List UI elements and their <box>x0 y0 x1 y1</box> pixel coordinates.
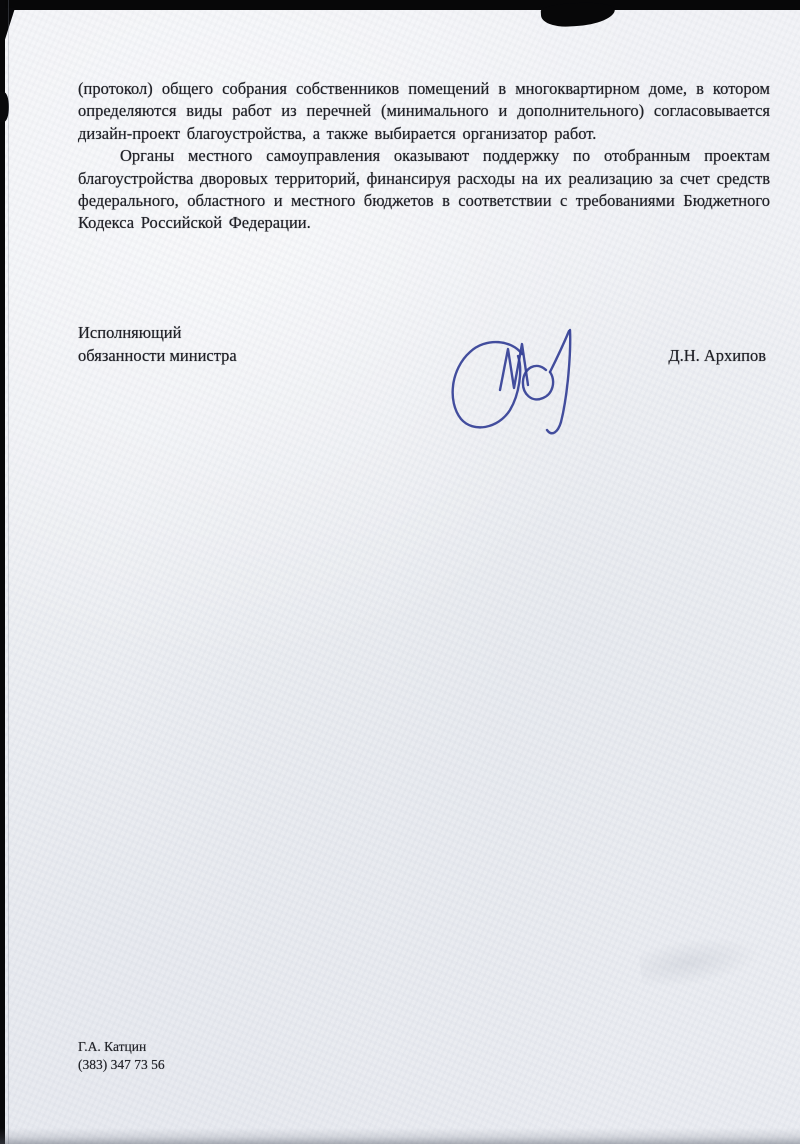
signature-ink <box>440 318 585 443</box>
paragraph-continuation: (протокол) общего собрания собственников… <box>78 78 770 145</box>
signer-name: Д.Н. Архипов <box>668 346 766 366</box>
scan-edge-left <box>0 0 5 1144</box>
pencil-smudge <box>637 930 762 992</box>
signer-title-line2: обязанности министра <box>78 345 237 368</box>
scanned-document-page: (протокол) общего собрания собственников… <box>0 0 800 1144</box>
executor-name: Г.А. Катцин <box>78 1038 165 1056</box>
signer-title: Исполняющий обязанности министра <box>78 322 237 367</box>
executor-phone: (383) 347 73 56 <box>78 1056 165 1074</box>
executor-contact: Г.А. Катцин (383) 347 73 56 <box>78 1038 165 1073</box>
scan-edge-top <box>0 0 800 10</box>
scan-vertical-line <box>8 0 9 1144</box>
paragraph-support: Органы местного самоуправления оказывают… <box>78 145 770 235</box>
document-body: (протокол) общего собрания собственников… <box>78 78 770 235</box>
scan-edge-top-blob <box>540 1 615 28</box>
signer-title-line1: Исполняющий <box>78 322 237 345</box>
scan-edge-bottom <box>0 1128 800 1144</box>
